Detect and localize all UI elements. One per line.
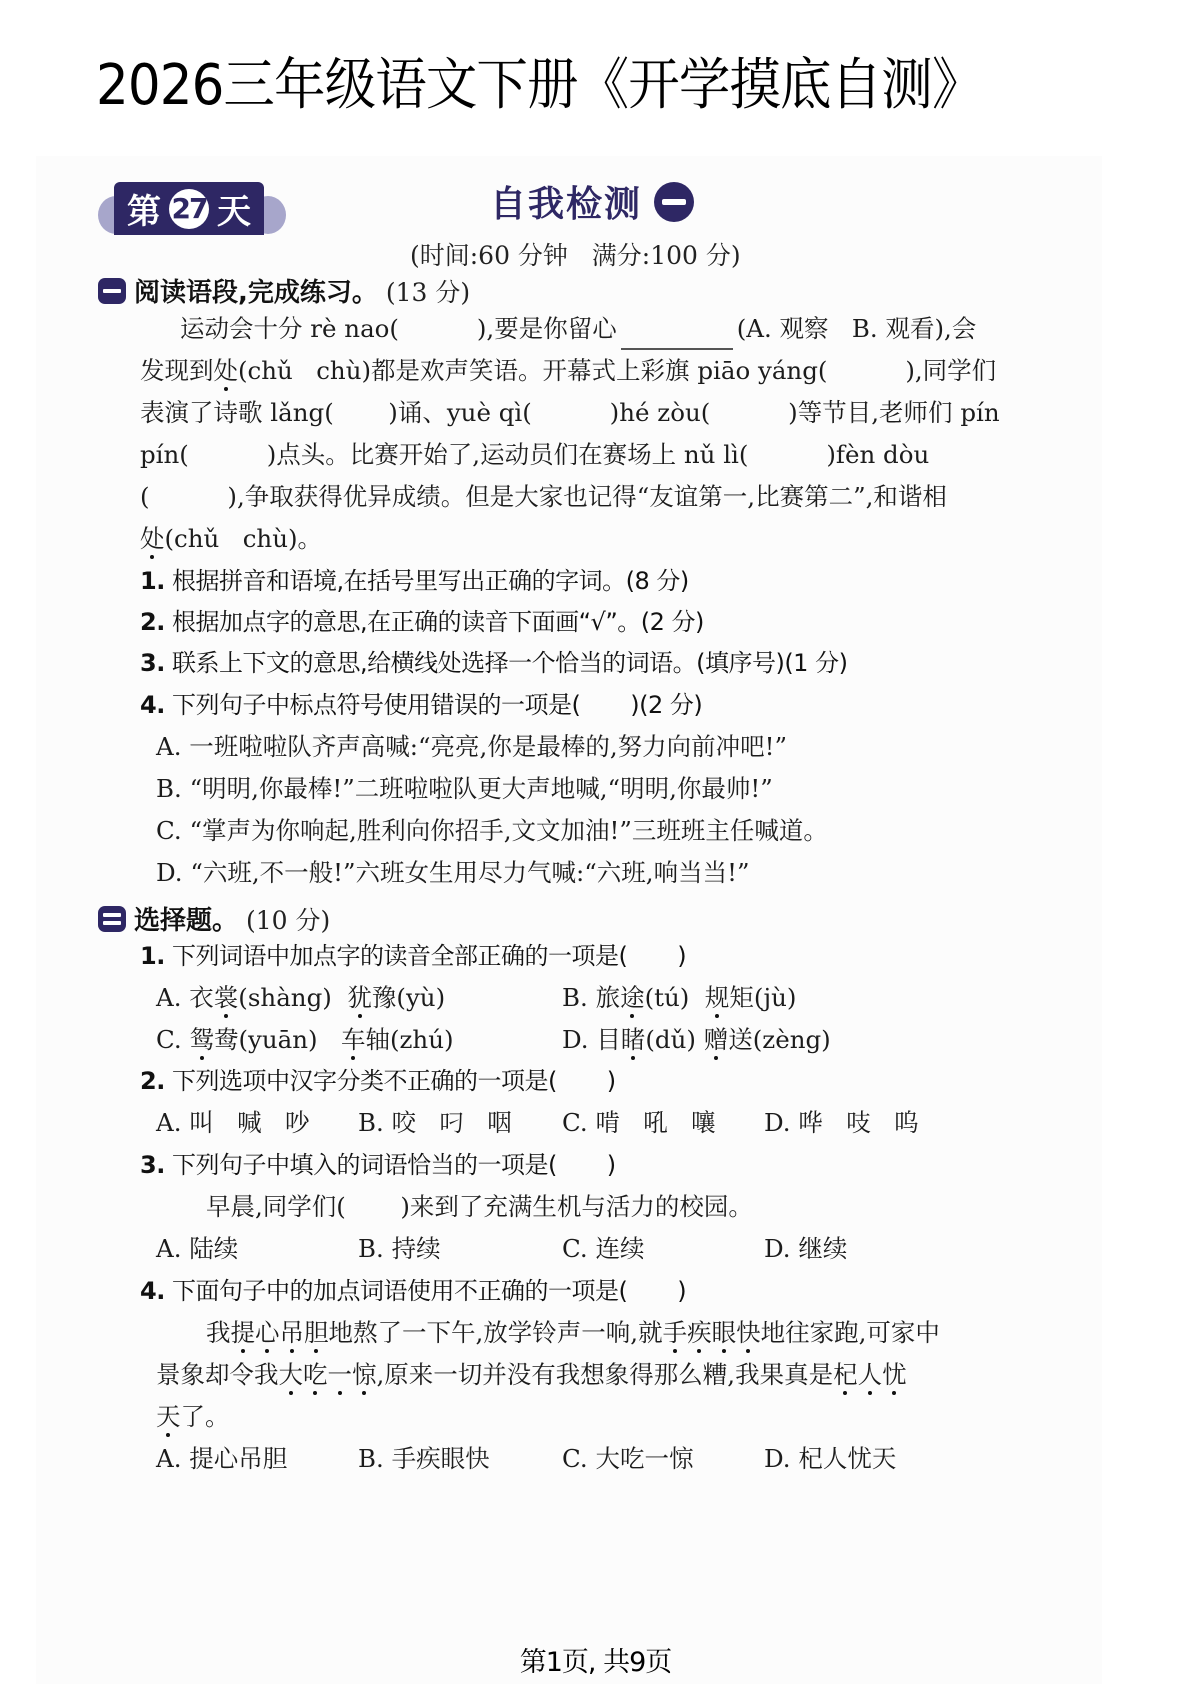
s1-q4-option-c: C. “掌声为你响起,胜利向你招手,文文加油!”三班班主任喊道。 (156, 810, 828, 852)
s2-q4-option-a: A. 提心吊胆 (156, 1438, 287, 1480)
s2-question-4: 4. 下面句子中的加点词语使用不正确的一项是( ) (140, 1270, 686, 1312)
dotted-word: 提心吊胆 (231, 1318, 329, 1347)
page-footer: 第1页, 共9页 (0, 1640, 1191, 1679)
day-badge-body: 第 27 天 (114, 182, 264, 235)
s1-q4-option-b: B. “明明,你最棒!”二班啦啦队更大声地喊,“明明,你最帅!” (156, 768, 773, 810)
section-1-title: 阅读语段,完成练习。 (134, 272, 378, 309)
s2-q3-option-b: B. 持续 (358, 1228, 441, 1270)
s2-q4-passage-line-1: 我提心吊胆地熬了一下午,放学铃声一响,就手疾眼快地往家跑,可家中 (206, 1312, 940, 1354)
s2-q3-option-c: C. 连续 (562, 1228, 644, 1270)
passage-line-2: 发现到处(chǔ chù)都是欢声笑语。开幕式上彩旗 piāo yáng( ),… (140, 350, 996, 392)
s2-q4-passage-line-2: 景象却令我大吃一惊,原来一切并没有我想象得那么糟,我果真是杞人忧 (156, 1354, 907, 1396)
passage-line-5: ( ),争取获得优异成绩。但是大家也记得“友谊第一,比赛第二”,和谐相 (140, 476, 947, 518)
document-title: 2026三年级语文下册《开学摸底自测》 (96, 52, 982, 120)
s2-question-3: 3. 下列句子中填入的词语恰当的一项是( ) (140, 1144, 616, 1186)
passage-line-6: 处(chǔ chù)。 (140, 518, 322, 560)
test-title: 自我检测 (490, 176, 694, 227)
s2-q2-option-d: D. 哗 吱 呜 (764, 1102, 919, 1144)
test-title-text: 自我检测 (490, 176, 642, 227)
s2-q1-option-a: A. 衣裳(shàng) 犹豫(yù) (156, 977, 445, 1019)
s1-question-1: 1. 根据拼音和语境,在括号里写出正确的字词。(8 分) (140, 560, 689, 602)
s1-question-4: 4. 下列句子中标点符号使用错误的一项是( )(2 分) (140, 684, 702, 726)
day-number: 27 (169, 189, 209, 229)
s2-q2-option-c: C. 啃 吼 嚷 (562, 1102, 716, 1144)
s2-q4-option-c: C. 大吃一惊 (562, 1438, 693, 1480)
section-2-heading: 选择题。 (10 分) (98, 900, 330, 937)
s2-question-1: 1. 下列词语中加点字的读音全部正确的一项是( ) (140, 935, 686, 977)
s2-q4-passage-line-3: 天了。 (156, 1396, 230, 1438)
section-2-score: (10 分) (246, 901, 330, 937)
s1-q4-option-d: D. “六班,不一般!”六班女生用尽力气喊:“六班,响当当!” (156, 852, 749, 894)
section-1-score: (13 分) (386, 273, 470, 309)
day-badge: 第 27 天 (98, 182, 286, 238)
s1-q4-option-a: A. 一班啦啦队齐声高喊:“亮亮,你是最棒的,努力向前冲吧!” (156, 726, 787, 768)
s2-q3-sentence: 早晨,同学们( )来到了充满生机与活力的校园。 (206, 1186, 753, 1228)
s2-q2-option-b: B. 咬 叼 咽 (358, 1102, 512, 1144)
day-prefix: 第 (127, 184, 161, 233)
s2-q4-option-b: B. 手疾眼快 (358, 1438, 490, 1480)
dotted-word: 杞人忧 (833, 1360, 907, 1389)
circled-one-icon (654, 182, 694, 222)
s2-q3-option-a: A. 陆续 (156, 1228, 238, 1270)
s1-question-3: 3. 联系上下文的意思,给横线处选择一个恰当的词语。(填序号)(1 分) (140, 642, 847, 684)
s2-question-2: 2. 下列选项中汉字分类不正确的一项是( ) (140, 1060, 616, 1102)
passage-line-1: 运动会十分 rè nao( ),要是你留心(A. 观察 B. 观看),会 (180, 308, 976, 350)
test-meta: (时间:60 分钟 满分:100 分) (410, 236, 741, 272)
s2-q2-option-a: A. 叫 喊 吵 (156, 1102, 310, 1144)
dotted-word: 大吃一惊 (279, 1360, 377, 1389)
s2-q4-option-d: D. 杞人忧天 (764, 1438, 896, 1480)
answer-blank[interactable] (621, 322, 733, 350)
section-1-heading: 阅读语段,完成练习。 (13 分) (98, 272, 470, 309)
passage-line-4: pín( )点头。比赛开始了,运动员们在赛场上 nǔ lì( )fèn dòu (140, 434, 929, 476)
s2-q1-option-d: D. 目睹(dǔ) 赠送(zèng) (562, 1019, 831, 1061)
s2-q3-option-d: D. 继续 (764, 1228, 847, 1270)
section-one-icon (98, 278, 126, 304)
section-2-title: 选择题。 (134, 900, 238, 937)
s2-q1-option-b: B. 旅途(tú) 规矩(jù) (562, 977, 796, 1019)
section-two-icon (98, 906, 126, 932)
day-suffix: 天 (217, 184, 251, 233)
s2-q1-option-c: C. 鸳鸯(yuān) 车轴(zhú) (156, 1019, 454, 1061)
dotted-word: 手疾眼快 (663, 1318, 761, 1347)
s1-question-2: 2. 根据加点字的意思,在正确的读音下面画“√”。(2 分) (140, 601, 704, 643)
passage-line-3: 表演了诗歌 lǎng( )诵、yuè qì( )hé zòu( )等节目,老师们… (140, 392, 1000, 434)
